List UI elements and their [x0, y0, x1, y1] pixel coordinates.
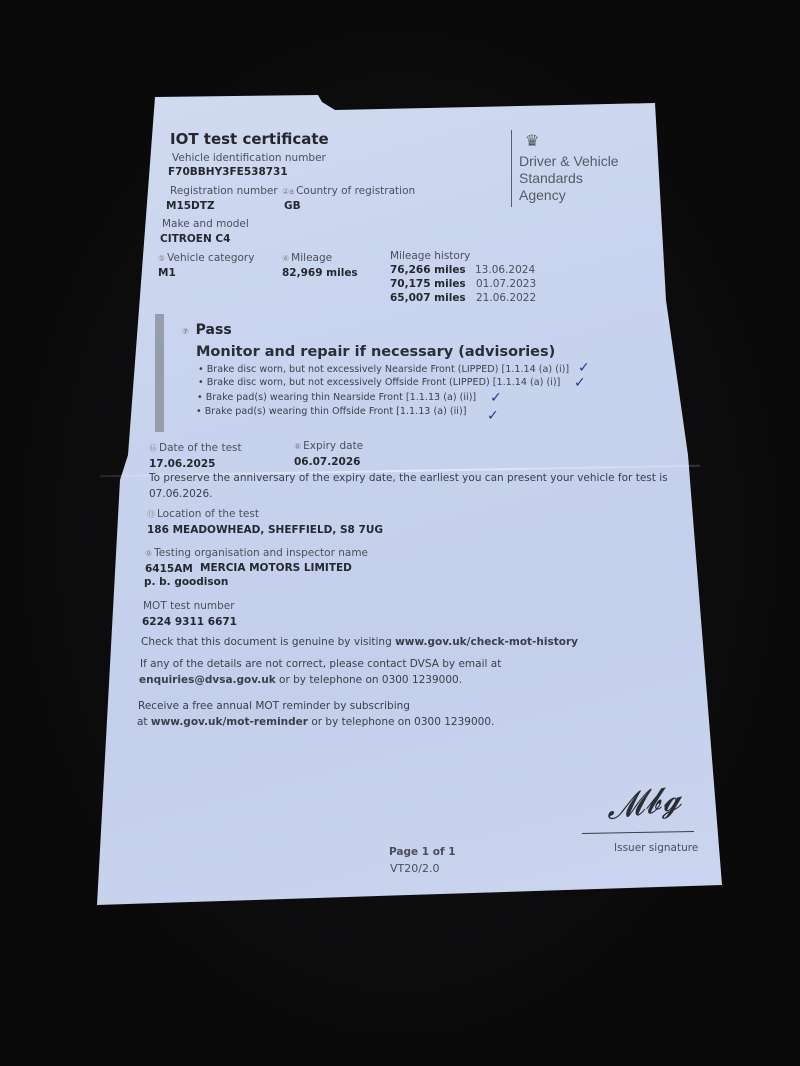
handwritten-tick-icon: ✓ — [578, 360, 590, 376]
expiry-label-text: Expiry date — [303, 440, 363, 452]
advisory-item: • Brake pad(s) wearing thin Offside Fron… — [196, 406, 466, 417]
advisory-text: Brake pad(s) wearing thin Nearside Front… — [206, 392, 476, 403]
category-label-text: Vehicle category — [167, 252, 254, 264]
certificate-title: IOT test certificate — [170, 130, 329, 148]
history-miles-1: 76,266 miles — [390, 264, 466, 276]
check-mot-history-link[interactable]: www.gov.uk/check-mot-history — [395, 636, 578, 648]
mileage-label-text: Mileage — [291, 252, 332, 264]
country-label: ②aCountry of registration — [282, 185, 415, 197]
location-value: 186 MEADOWHEAD, SHEFFIELD, S8 7UG — [147, 524, 383, 536]
registration-label: Registration number — [170, 185, 278, 197]
history-date-2: 01.07.2023 — [476, 278, 536, 290]
agency-line-3: Agency — [519, 187, 619, 204]
preserve-text: To preserve the anniversary of the expir… — [149, 472, 668, 484]
registration-value: M15DTZ — [166, 200, 215, 212]
agency-line-2: Standards — [519, 170, 619, 187]
check-genuine-text: Check that this document is genuine by v… — [141, 636, 578, 648]
contact-phone-text: or by telephone on 0300 1239000. — [276, 674, 462, 686]
contact-email-link[interactable]: enquiries@dvsa.gov.uk — [139, 674, 276, 686]
mot-certificate-paper — [0, 0, 800, 1066]
handwritten-tick-icon: ✓ — [490, 390, 502, 406]
expiry-value: 06.07.2026 — [294, 456, 360, 468]
dvsa-logo-text: Driver & Vehicle Standards Agency — [519, 153, 619, 204]
reminder-prefix: at — [137, 716, 151, 728]
check-prefix: Check that this document is genuine by v… — [141, 636, 395, 648]
advisories-heading: Monitor and repair if necessary (advisor… — [196, 344, 555, 360]
expiry-label: ⑧Expiry date — [294, 440, 363, 452]
reminder-text: Receive a free annual MOT reminder by su… — [138, 700, 410, 712]
make-model-value: CITROEN C4 — [160, 233, 230, 245]
field-number-icon: ⑤ — [158, 254, 165, 263]
org-label: ⑨Testing organisation and inspector name — [145, 547, 368, 559]
make-model-label: Make and model — [162, 218, 249, 230]
category-value: M1 — [158, 267, 176, 279]
advisory-item: • Brake pad(s) wearing thin Nearside Fro… — [197, 392, 476, 403]
page-number: Page 1 of 1 — [389, 846, 456, 858]
mileage-history-label: Mileage history — [390, 250, 470, 262]
field-number-icon: ④ — [282, 254, 289, 263]
reminder-link-line: at www.gov.uk/mot-reminder or by telepho… — [137, 716, 494, 728]
mot-reminder-link[interactable]: www.gov.uk/mot-reminder — [151, 716, 308, 728]
field-number-icon: ⑯ — [149, 444, 157, 453]
history-date-3: 21.06.2022 — [476, 292, 536, 304]
test-number-label: MOT test number — [143, 600, 235, 612]
result-status-text: Pass — [196, 322, 232, 338]
field-number-icon: ⑨ — [145, 549, 152, 558]
vin-value: F70BBHY3FE538731 — [168, 166, 288, 178]
advisory-text: Brake disc worn, but not excessively Off… — [207, 377, 561, 388]
contact-text: If any of the details are not correct, p… — [140, 658, 501, 670]
vin-label: Vehicle identification number — [172, 152, 326, 164]
country-label-text: Country of registration — [296, 185, 415, 197]
field-number-icon: ⑬ — [147, 510, 155, 519]
advisory-text: Brake pad(s) wearing thin Offside Front … — [205, 406, 467, 417]
field-number-icon: ⑦ — [182, 327, 189, 336]
agency-line-1: Driver & Vehicle — [519, 153, 619, 170]
category-label: ⑤Vehicle category — [158, 252, 254, 264]
advisory-item: • Brake disc worn, but not excessively O… — [198, 377, 560, 388]
mileage-label: ④Mileage — [282, 252, 332, 264]
test-date-value: 17.06.2025 — [149, 458, 215, 470]
field-number-icon: ⑧ — [294, 442, 301, 451]
reminder-phone-text: or by telephone on 0300 1239000. — [308, 716, 494, 728]
signature-label: Issuer signature — [614, 842, 698, 854]
history-miles-3: 65,007 miles — [390, 292, 466, 304]
result-stripe — [155, 314, 164, 432]
org-name: MERCIA MOTORS LIMITED — [200, 562, 352, 574]
history-miles-2: 70,175 miles — [390, 278, 466, 290]
country-value: GB — [284, 200, 301, 212]
form-code: VT20/2.0 — [390, 862, 439, 875]
location-label-text: Location of the test — [157, 508, 259, 520]
history-date-1: 13.06.2024 — [475, 264, 535, 276]
handwritten-tick-icon: ✓ — [574, 375, 586, 391]
test-date-label: ⑯Date of the test — [149, 442, 242, 454]
royal-crest-icon: ♛ — [525, 131, 539, 150]
handwritten-tick-icon: ✓ — [487, 408, 499, 424]
logo-divider — [511, 130, 512, 207]
inspector-name: p. b. goodison — [144, 576, 228, 588]
mileage-value: 82,969 miles — [282, 267, 358, 279]
advisory-text: Brake disc worn, but not excessively Nea… — [207, 364, 569, 375]
result-status: ⑦ Pass — [182, 322, 232, 338]
advisory-item: • Brake disc worn, but not excessively N… — [198, 364, 569, 375]
org-code: 6415AM — [145, 563, 193, 575]
contact-email-line: enquiries@dvsa.gov.uk or by telephone on… — [139, 674, 462, 686]
field-number-icon: ②a — [282, 187, 294, 196]
earliest-date: 07.06.2026. — [149, 488, 212, 500]
test-date-label-text: Date of the test — [159, 442, 242, 454]
location-label: ⑬Location of the test — [147, 508, 259, 520]
test-number-value: 6224 9311 6671 — [142, 616, 237, 628]
org-label-text: Testing organisation and inspector name — [154, 547, 368, 559]
